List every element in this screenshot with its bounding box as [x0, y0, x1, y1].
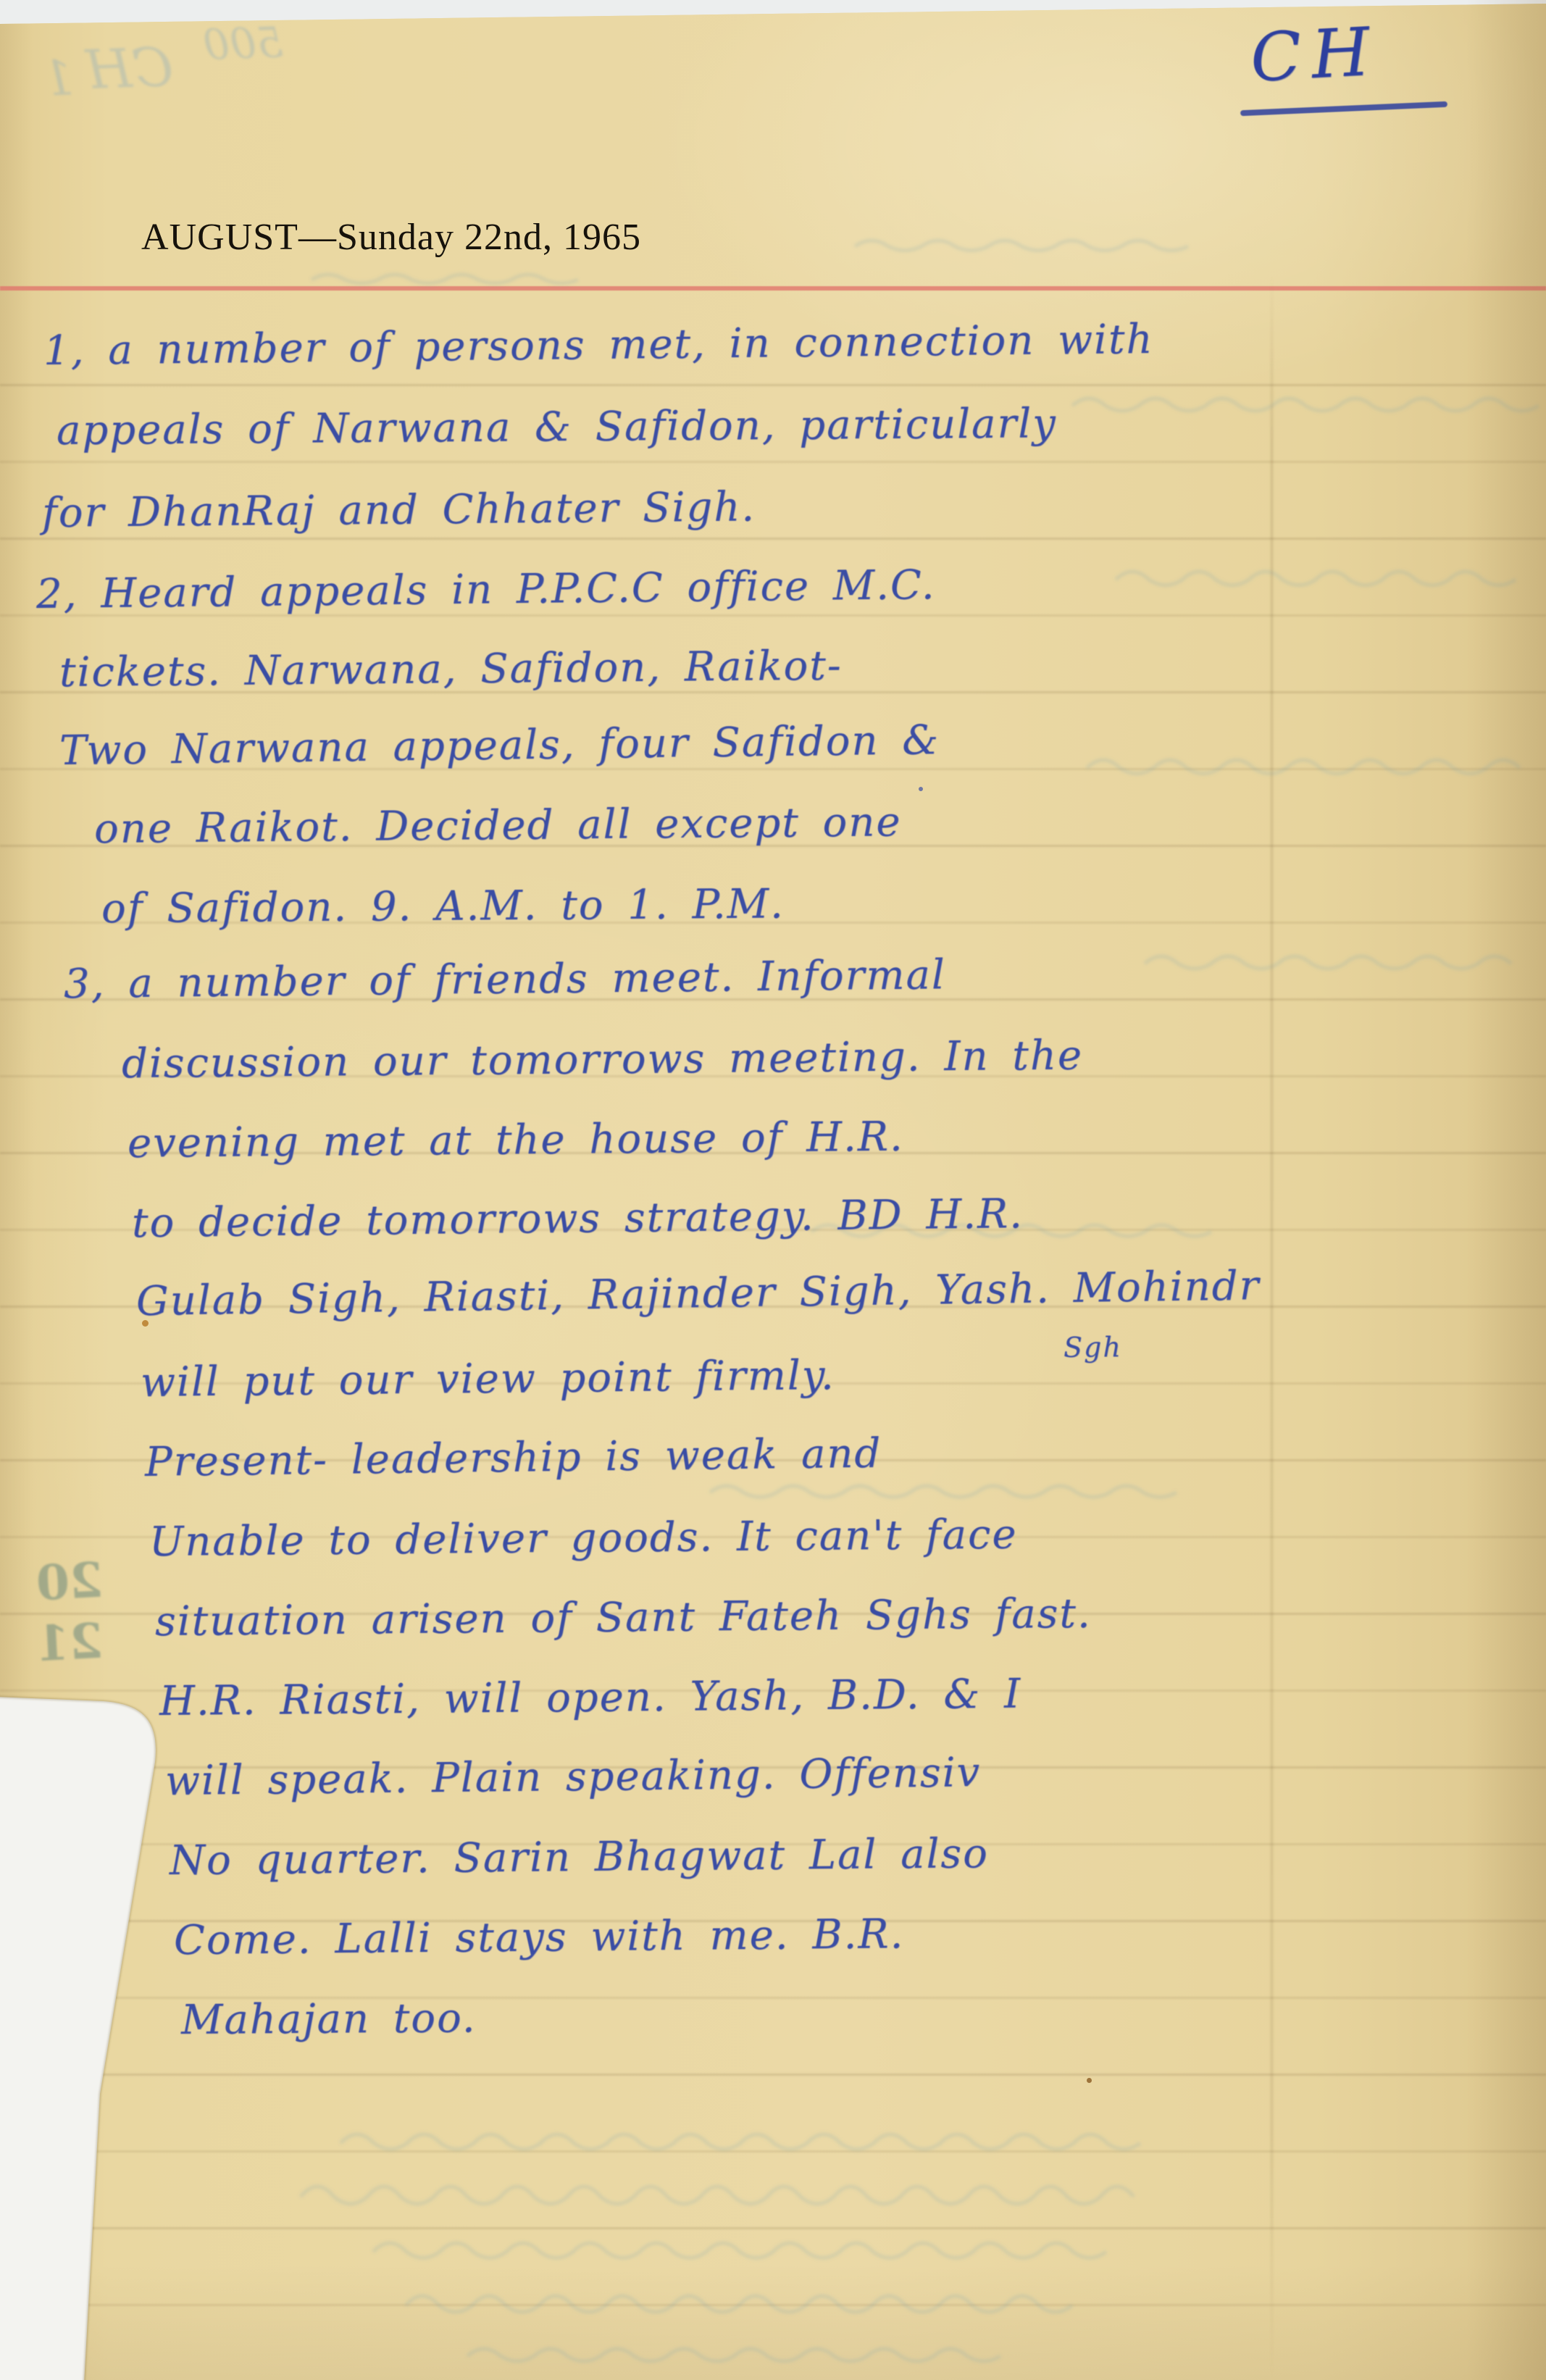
under-page-cut-corner [0, 0, 1546, 2380]
scanned-diary-page: { "document": { "header_date": "AUGUST—S… [0, 0, 1546, 2380]
